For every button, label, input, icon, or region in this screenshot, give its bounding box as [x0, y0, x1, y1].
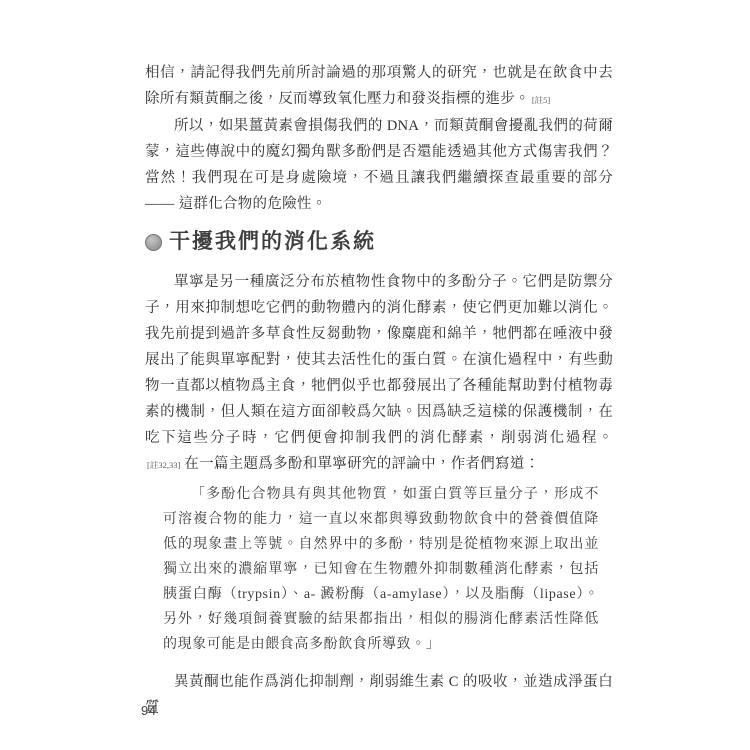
paragraph-polyphenol-danger: 所以，如果薑黃素會損傷我們的 DNA，而類黃酮會擾亂我們的荷爾蒙，這些傳說中的魔… [145, 113, 613, 217]
footnote-ref-5: [註5] [532, 95, 550, 105]
section-heading-text: 干擾我們的消化系統 [169, 227, 376, 257]
paragraph-text: 單寧是另一種廣泛分布於植物性食物中的多酚分子。它們是防禦分子，用來抑制想吃它們的… [145, 274, 613, 446]
footnote-ref-32-33: [註32,33] [147, 460, 180, 470]
paragraph-text: 在一篇主題爲多酚和單寧研究的評論中，作者們寫道： [184, 456, 539, 472]
paragraph-tannins: 單寧是另一種廣泛分布於植物性食物中的多酚分子。它們是防禦分子，用來抑制想吃它們的… [145, 269, 613, 478]
book-page-scan: 相信，請記得我們先前所討論過的那項驚人的研究，也就是在飲食中去除所有類黃酮之後，… [0, 0, 750, 750]
paragraph-isoflavones: 異黃酮也能作爲消化抑制劑，削弱維生素 C 的吸收，並造成淨蛋白質 [145, 669, 613, 721]
text-column: 相信，請記得我們先前所討論過的那項驚人的研究，也就是在飲食中去除所有類黃酮之後，… [145, 60, 613, 721]
page-number: 94 [141, 703, 156, 718]
paragraph-oxidative-study: 相信，請記得我們先前所討論過的那項驚人的研究，也就是在飲食中去除所有類黃酮之後，… [145, 60, 613, 113]
section-heading: 干擾我們的消化系統 [145, 227, 613, 257]
quote-block: 「多酚化合物具有與其他物質，如蛋白質等巨量分子，形成不可溶複合物的能力，這一直以… [163, 482, 599, 657]
section-bullet-icon [145, 234, 162, 251]
